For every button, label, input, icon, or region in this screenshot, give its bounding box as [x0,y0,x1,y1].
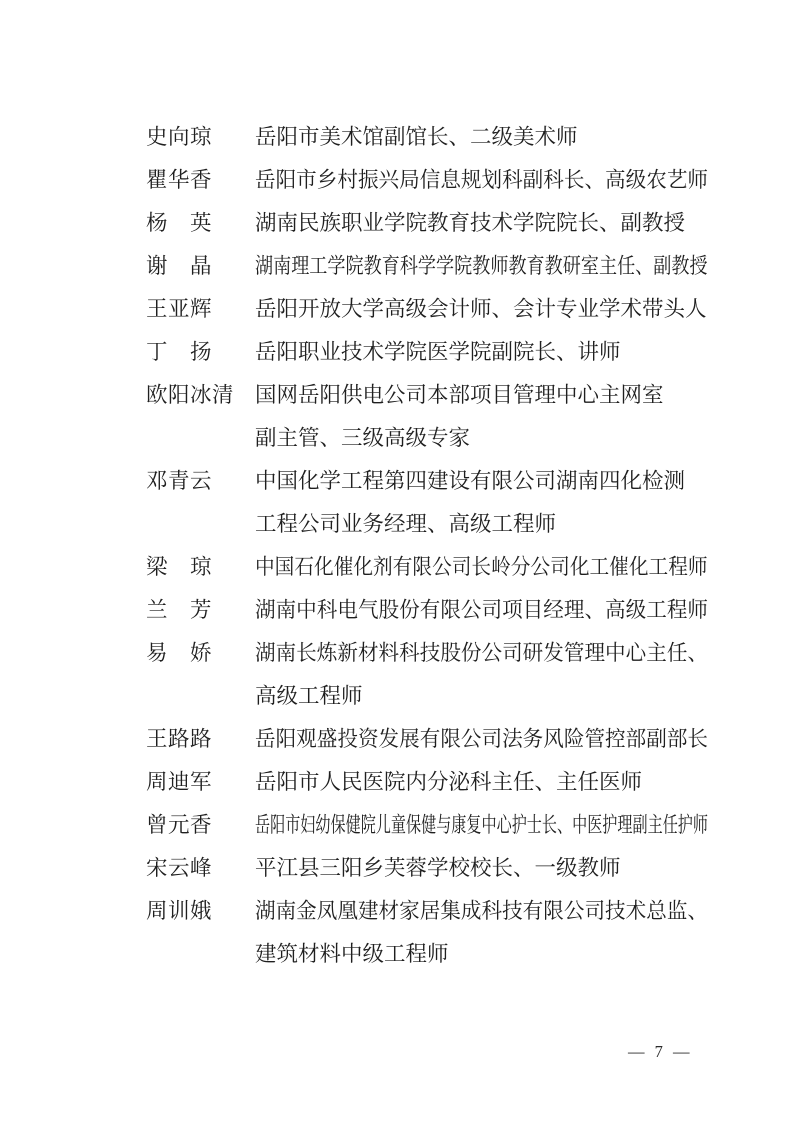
entry-desc-line: 岳阳市人民医院内分泌科主任、主任医师 [255,761,708,804]
entry-name: 兰 芳 [146,589,255,632]
entry-row: 兰 芳 湖南中科电气股份有限公司项目经理、高级工程师 [146,589,710,632]
entry-desc: 中国化学工程第四建设有限公司湖南四化检测 工程公司业务经理、高级工程师 [255,460,708,546]
entry-desc: 岳阳市乡村振兴局信息规划科副科长、高级农艺师 [255,159,708,202]
entry-row: 王亚辉 岳阳开放大学高级会计师、会计专业学术带头人 [146,288,710,331]
entry-desc: 岳阳职业技术学院医学院副院长、讲师 [255,331,708,374]
page-number: — 7 — [628,1042,693,1062]
entry-name: 欧阳冰清 [146,374,255,417]
entry-row: 欧阳冰清 国网岳阳供电公司本部项目管理中心主网室 副主管、三级高级专家 [146,374,710,460]
roster-list: 史向琼 岳阳市美术馆副馆长、二级美术师 瞿华香 岳阳市乡村振兴局信息规划科副科长… [146,116,710,976]
entry-desc-line: 建筑材料中级工程师 [255,933,708,976]
entry-row: 杨 英 湖南民族职业学院教育技术学院院长、副教授 [146,202,710,245]
entry-name: 王路路 [146,718,255,761]
entry-row: 梁 琼 中国石化催化剂有限公司长岭分公司化工催化工程师 [146,546,710,589]
entry-name: 史向琼 [146,116,255,159]
entry-name: 杨 英 [146,202,255,245]
entry-name: 周迪军 [146,761,255,804]
entry-desc-line: 工程公司业务经理、高级工程师 [255,503,708,546]
entry-row: 史向琼 岳阳市美术馆副馆长、二级美术师 [146,116,710,159]
entry-name: 曾元香 [146,804,255,847]
entry-desc-line: 岳阳市乡村振兴局信息规划科副科长、高级农艺师 [255,159,689,202]
entry-row: 王路路 岳阳观盛投资发展有限公司法务风险管控部副部长 [146,718,710,761]
entry-row: 易 娇 湖南长炼新材料科技股份公司研发管理中心主任、 高级工程师 [146,632,710,718]
entry-name: 王亚辉 [146,288,255,331]
entry-desc-line: 岳阳市妇幼保健院儿童保健与康复中心护士长、中医护理副主任护师 [255,804,573,847]
entry-name: 周训娥 [146,890,255,933]
entry-desc-line: 副主管、三级高级专家 [255,417,708,460]
entry-desc: 湖南民族职业学院教育技术学院院长、副教授 [255,202,708,245]
entry-row: 周训娥 湖南金凤凰建材家居集成科技有限公司技术总监、 建筑材料中级工程师 [146,890,710,976]
entry-desc-line: 湖南民族职业学院教育技术学院院长、副教授 [255,202,708,245]
entry-desc: 岳阳市美术馆副馆长、二级美术师 [255,116,708,159]
entry-desc: 湖南中科电气股份有限公司项目经理、高级工程师 [255,589,708,632]
entry-desc-line: 湖南中科电气股份有限公司项目经理、高级工程师 [255,589,689,632]
entry-desc: 湖南长炼新材料科技股份公司研发管理中心主任、 高级工程师 [255,632,708,718]
entry-desc: 岳阳观盛投资发展有限公司法务风险管控部副部长 [255,718,708,761]
entry-desc: 岳阳市妇幼保健院儿童保健与康复中心护士长、中医护理副主任护师 [255,804,708,847]
entry-desc-line: 国网岳阳供电公司本部项目管理中心主网室 [255,374,708,417]
entry-desc-line: 岳阳职业技术学院医学院副院长、讲师 [255,331,708,374]
entry-row: 谢 晶 湖南理工学院教育科学学院教师教育教研室主任、副教授 [146,245,710,288]
entry-desc: 国网岳阳供电公司本部项目管理中心主网室 副主管、三级高级专家 [255,374,708,460]
entry-row: 曾元香 岳阳市妇幼保健院儿童保健与康复中心护士长、中医护理副主任护师 [146,804,710,847]
entry-row: 瞿华香 岳阳市乡村振兴局信息规划科副科长、高级农艺师 [146,159,710,202]
entry-desc-line: 中国化学工程第四建设有限公司湖南四化检测 [255,460,708,503]
entry-name: 梁 琼 [146,546,255,589]
entry-name: 丁 扬 [146,331,255,374]
entry-desc-line: 高级工程师 [255,675,708,718]
entry-desc: 中国石化催化剂有限公司长岭分公司化工催化工程师 [255,546,708,589]
entry-desc: 湖南理工学院教育科学学院教师教育教研室主任、副教授 [255,245,708,288]
entry-desc-line: 岳阳观盛投资发展有限公司法务风险管控部副部长 [255,718,689,761]
entry-row: 周迪军 岳阳市人民医院内分泌科主任、主任医师 [146,761,710,804]
entry-row: 丁 扬 岳阳职业技术学院医学院副院长、讲师 [146,331,710,374]
entry-name: 宋云峰 [146,847,255,890]
entry-desc-line: 岳阳开放大学高级会计师、会计专业学术带头人 [255,288,708,331]
entry-desc: 岳阳开放大学高级会计师、会计专业学术带头人 [255,288,708,331]
entry-row: 宋云峰 平江县三阳乡芙蓉学校校长、一级教师 [146,847,710,890]
entry-desc-line: 岳阳市美术馆副馆长、二级美术师 [255,116,708,159]
entry-desc-line: 中国石化催化剂有限公司长岭分公司化工催化工程师 [255,546,670,589]
entry-name: 谢 晶 [146,245,255,288]
entry-desc-line: 湖南理工学院教育科学学院教师教育教研室主任、副教授 [255,245,636,288]
entry-desc: 平江县三阳乡芙蓉学校校长、一级教师 [255,847,708,890]
document-page: 史向琼 岳阳市美术馆副馆长、二级美术师 瞿华香 岳阳市乡村振兴局信息规划科副科长… [0,0,793,1122]
entry-desc: 岳阳市人民医院内分泌科主任、主任医师 [255,761,708,804]
entry-name: 邓青云 [146,460,255,503]
entry-name: 易 娇 [146,632,255,675]
entry-desc-line: 平江县三阳乡芙蓉学校校长、一级教师 [255,847,708,890]
entry-row: 邓青云 中国化学工程第四建设有限公司湖南四化检测 工程公司业务经理、高级工程师 [146,460,710,546]
entry-desc-line: 湖南金凤凰建材家居集成科技有限公司技术总监、 [255,890,689,933]
entry-name: 瞿华香 [146,159,255,202]
entry-desc-line: 湖南长炼新材料科技股份公司研发管理中心主任、 [255,632,689,675]
entry-desc: 湖南金凤凰建材家居集成科技有限公司技术总监、 建筑材料中级工程师 [255,890,708,976]
